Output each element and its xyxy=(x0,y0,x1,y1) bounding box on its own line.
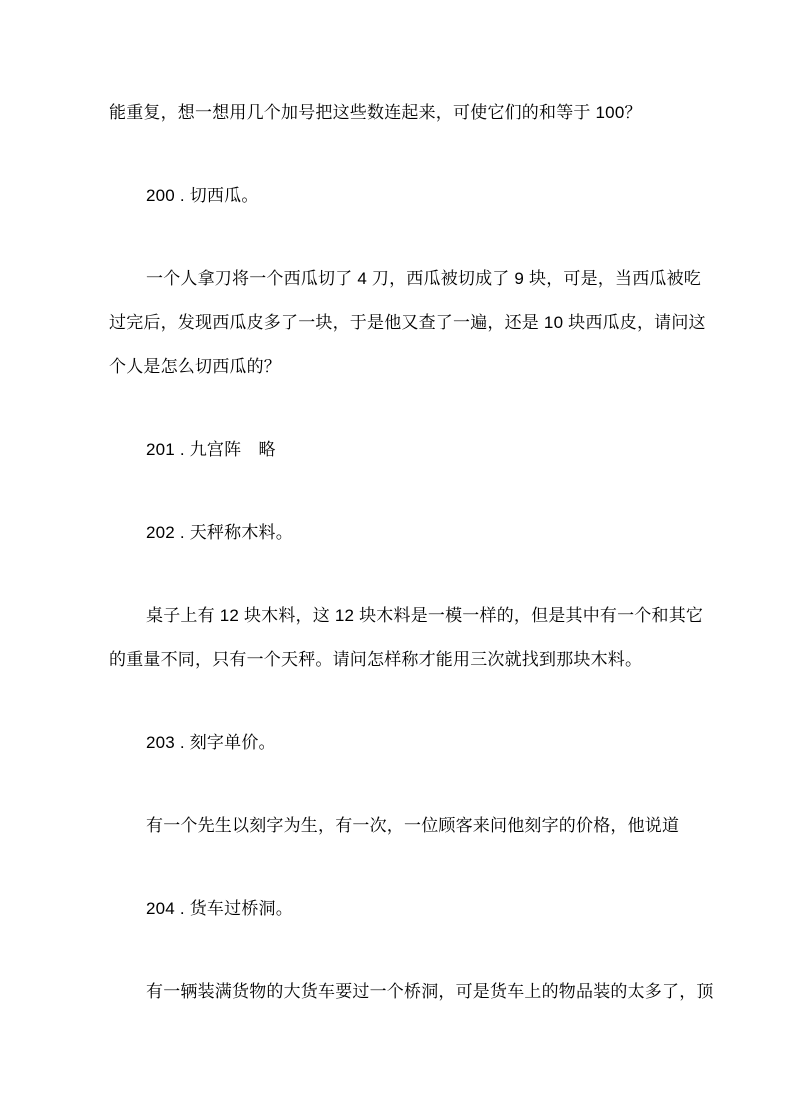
heading-line: 203 . 刻字单价。 xyxy=(109,721,693,765)
paragraph-204-body: 有一辆装满货物的大货车要过一个桥洞，可是货车上的物品装的太多了，顶 xyxy=(109,970,693,1014)
text-line: 一个人拿刀将一个西瓜切了 4 刀，西瓜被切成了 9 块，可是，当西瓜被吃 xyxy=(109,257,693,301)
heading-line: 200 . 切西瓜。 xyxy=(109,174,693,218)
paragraph-203-body: 有一个先生以刻字为生，有一次，一位顾客来问他刻字的价格，他说道 xyxy=(109,804,693,848)
text-line: 有一个先生以刻字为生，有一次，一位顾客来问他刻字的价格，他说道 xyxy=(109,804,693,848)
text-line: 个人是怎么切西瓜的？ xyxy=(109,345,693,389)
heading-203: 203 . 刻字单价。 xyxy=(109,721,693,765)
heading-line: 204 . 货车过桥洞。 xyxy=(109,887,693,931)
heading-line: 202 . 天秤称木料。 xyxy=(109,511,693,555)
text-line: 桌子上有 12 块木料，这 12 块木料是一模一样的，但是其中有一个和其它 xyxy=(109,594,693,638)
heading-201: 201 . 九宫阵 略 xyxy=(109,428,693,472)
text-line: 有一辆装满货物的大货车要过一个桥洞，可是货车上的物品装的太多了，顶 xyxy=(109,970,693,1014)
text-line: 过完后，发现西瓜皮多了一块，于是他又查了一遍，还是 10 块西瓜皮，请问这 xyxy=(109,301,693,345)
paragraph-200-body: 一个人拿刀将一个西瓜切了 4 刀，西瓜被切成了 9 块，可是，当西瓜被吃 过完后… xyxy=(109,257,693,389)
heading-202: 202 . 天秤称木料。 xyxy=(109,511,693,555)
paragraph-202-body: 桌子上有 12 块木料，这 12 块木料是一模一样的，但是其中有一个和其它 的重… xyxy=(109,594,693,682)
text-line: 能重复，想一想用几个加号把这些数连起来，可使它们的和等于 100？ xyxy=(109,91,693,135)
heading-204: 204 . 货车过桥洞。 xyxy=(109,887,693,931)
heading-200: 200 . 切西瓜。 xyxy=(109,174,693,218)
text-content: 能重复，想一想用几个加号把这些数连起来，可使它们的和等于 100？ 200 . … xyxy=(109,91,693,1014)
text-line: 的重量不同，只有一个天秤。请问怎样称才能用三次就找到那块木料。 xyxy=(109,638,693,682)
document-page: 能重复，想一想用几个加号把这些数连起来，可使它们的和等于 100？ 200 . … xyxy=(0,0,792,1120)
paragraph-continuation: 能重复，想一想用几个加号把这些数连起来，可使它们的和等于 100？ xyxy=(109,91,693,135)
heading-line: 201 . 九宫阵 略 xyxy=(109,428,693,472)
